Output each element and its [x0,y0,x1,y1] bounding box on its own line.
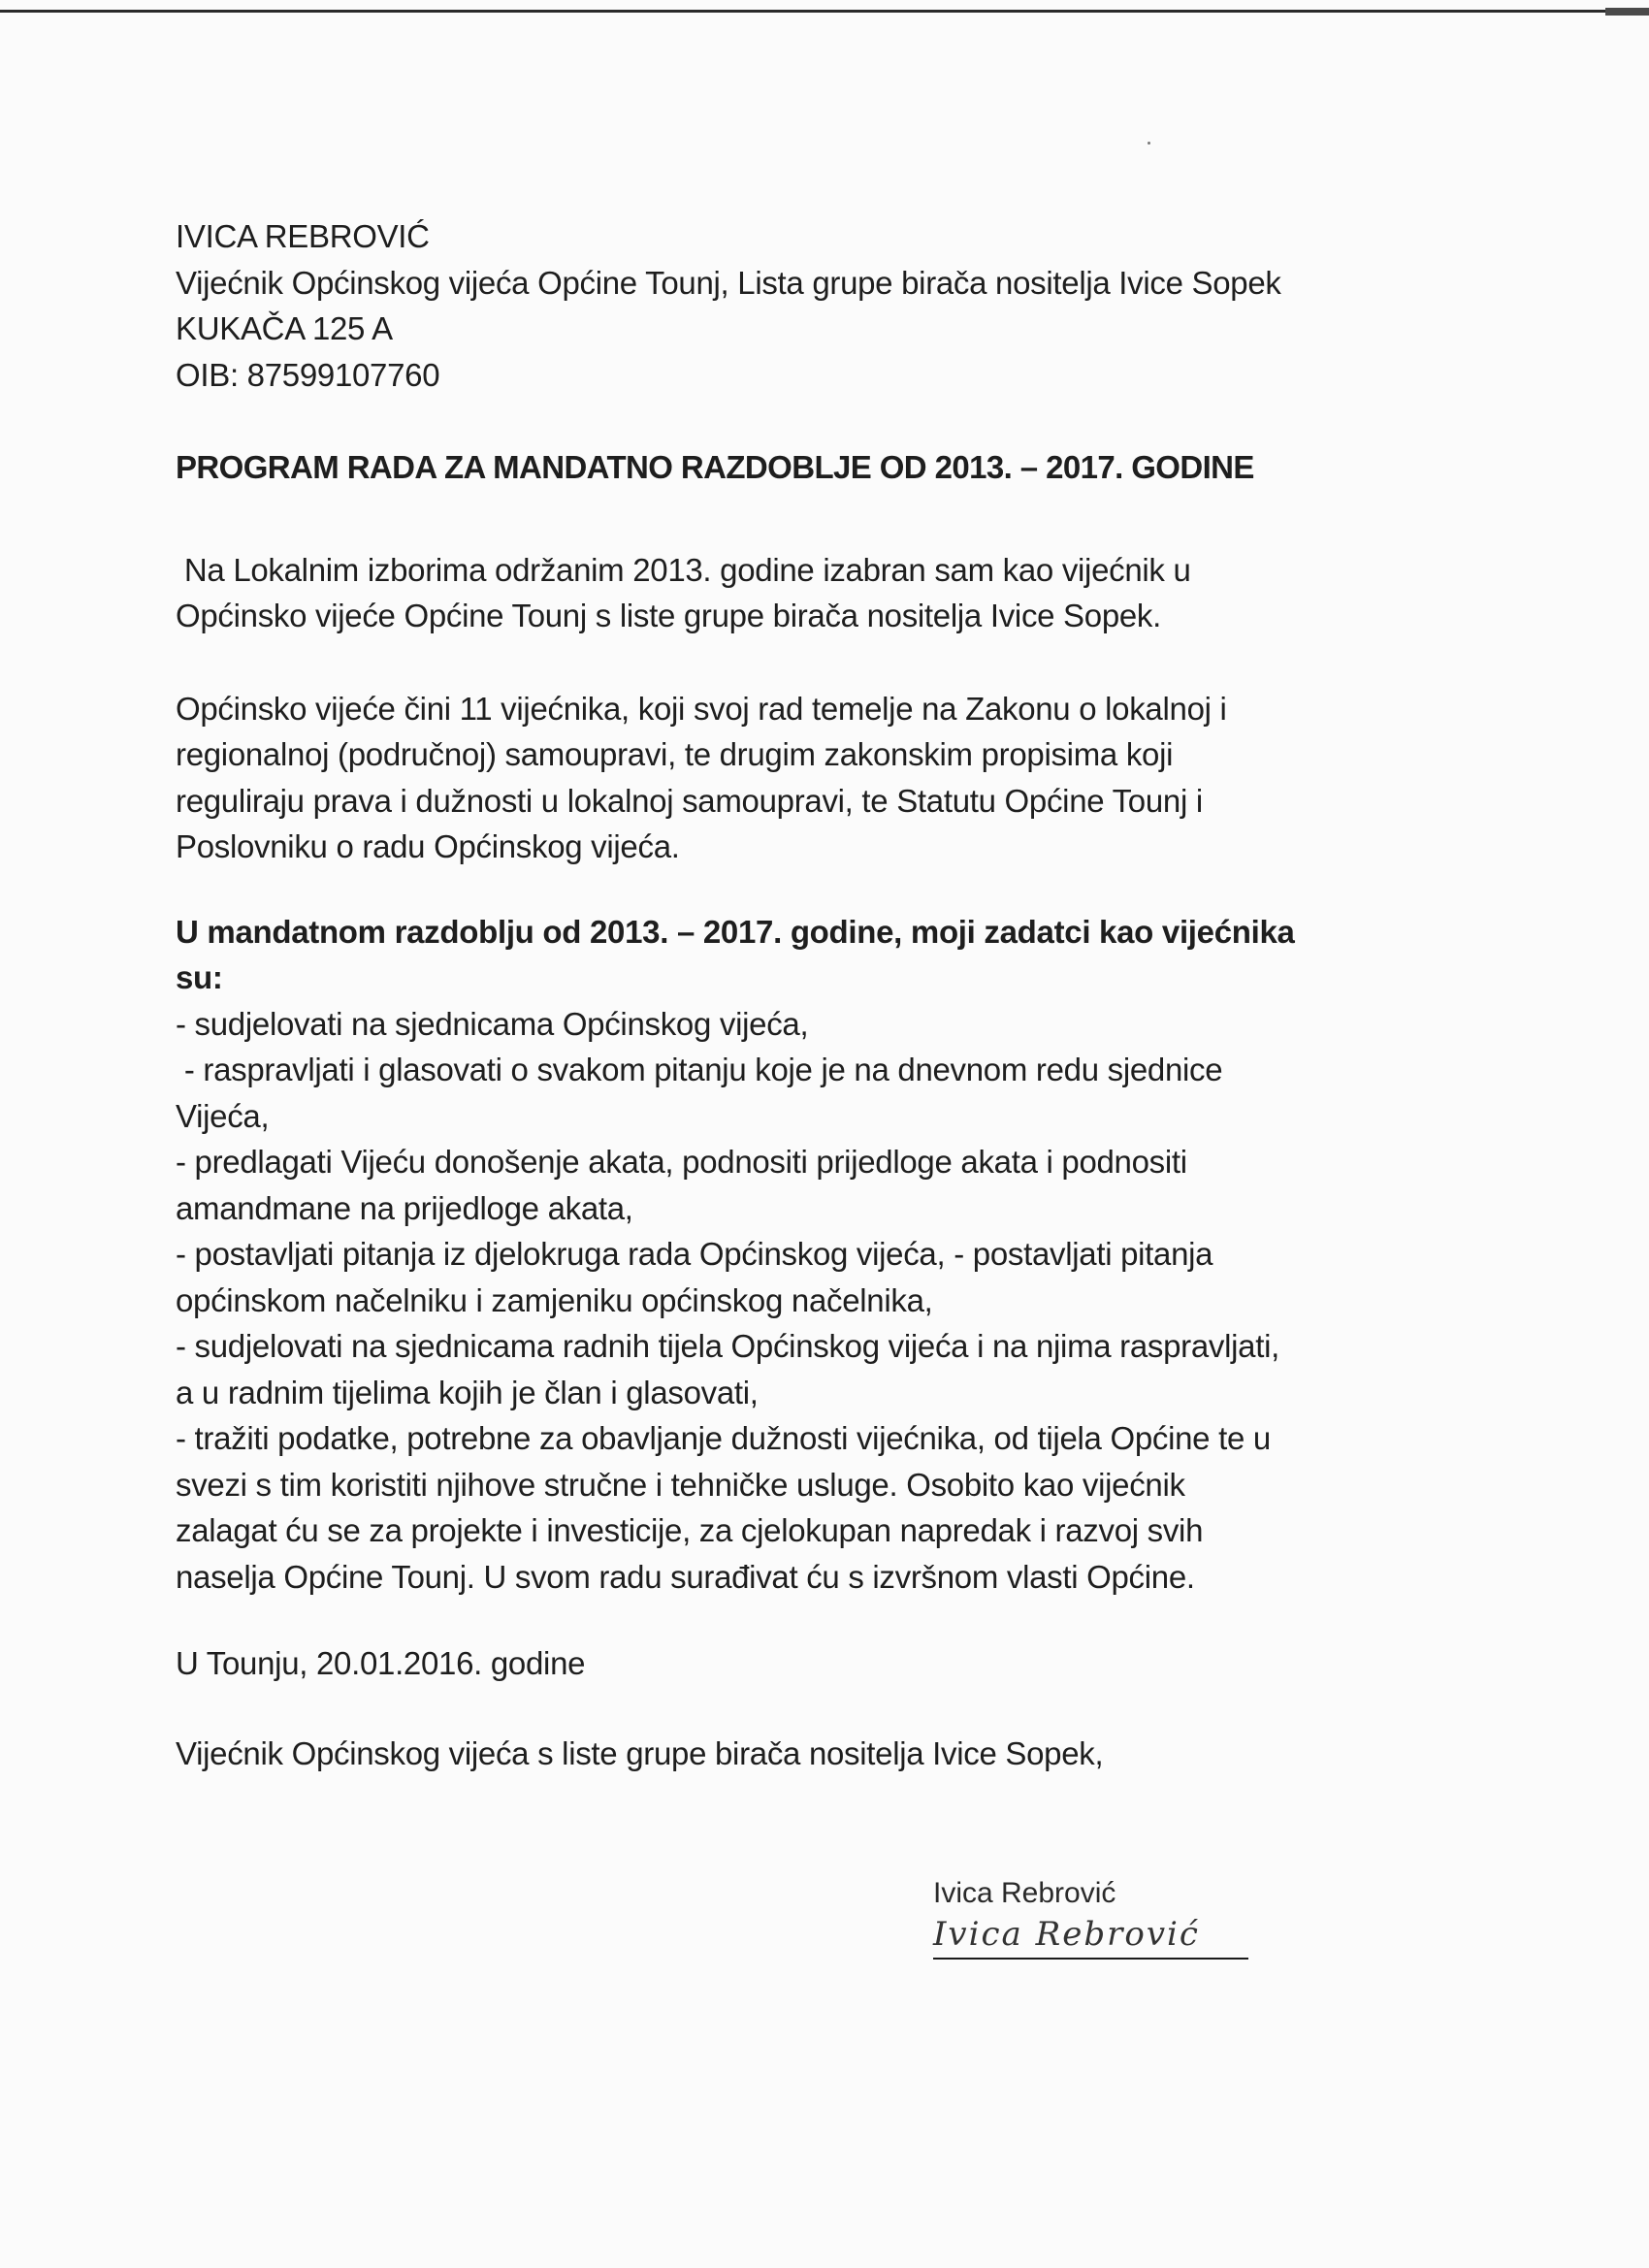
document-title: PROGRAM RADA ZA MANDATNO RAZDOBLJE OD 20… [176,444,1417,491]
task-line: zalagat ću se za projekte i investicije,… [176,1507,1417,1554]
paragraph-line: Općinsko vijeće čini 11 vijećnika, koji … [176,686,1417,732]
document-page: IVICA REBROVIĆ Vijećnik Općinskog vijeća… [176,213,1417,1776]
sender-address: KUKAČA 125 A [176,306,1417,352]
task-line: - tražiti podatke, potrebne za obavljanj… [176,1415,1417,1462]
task-line: a u radnim tijelima kojih je član i glas… [176,1370,1417,1416]
paragraph-election: Na Lokalnim izborima održanim 2013. godi… [176,547,1417,639]
task-line: amandmane na prijedloge akata, [176,1185,1417,1232]
paragraph-council: Općinsko vijeće čini 11 vijećnika, koji … [176,686,1417,870]
paragraph-line: Poslovniku o radu Općinskog vijeća. [176,824,1417,870]
signature-block: Ivica Rebrović Ivica Rebrović [933,1874,1248,1960]
paragraph-line: Na Lokalnim izborima održanim 2013. godi… [176,547,1417,594]
task-line: - raspravljati i glasovati o svakom pita… [176,1047,1417,1093]
sender-name: IVICA REBROVIĆ [176,213,1417,260]
task-line: - sudjelovati na sjednicama Općinskog vi… [176,1001,1417,1048]
paragraph-line: reguliraju prava i dužnosti u lokalnoj s… [176,778,1417,825]
task-line: Vijeća, [176,1093,1417,1140]
signature-underline [933,1958,1248,1960]
signature-printed-name: Ivica Rebrović [933,1874,1248,1913]
date-line: U Tounju, 20.01.2016. godine [176,1640,1417,1687]
tasks-section: U mandatnom razdoblju od 2013. – 2017. g… [176,909,1417,1601]
signatory-line: Vijećnik Općinskog vijeća s liste grupe … [176,1731,1417,1777]
task-line: naselja Općine Tounj. U svom radu surađi… [176,1554,1417,1601]
task-line: - postavljati pitanja iz djelokruga rada… [176,1231,1417,1278]
sender-oib: OIB: 87599107760 [176,352,1417,399]
sender-role: Vijećnik Općinskog vijeća Općine Tounj, … [176,260,1417,307]
sender-block: IVICA REBROVIĆ Vijećnik Općinskog vijeća… [176,213,1417,398]
handwritten-signature: Ivica Rebrović [933,1913,1248,1956]
scan-speck [1148,142,1150,145]
task-line: svezi s tim koristiti njihove stručne i … [176,1462,1417,1508]
task-line: općinskom načelniku i zamjeniku općinsko… [176,1278,1417,1324]
tasks-heading: U mandatnom razdoblju od 2013. – 2017. g… [176,909,1417,956]
task-line: - predlagati Vijeću donošenje akata, pod… [176,1139,1417,1185]
scan-top-edge [0,10,1610,13]
paragraph-line: regionalnoj (područnoj) samoupravi, te d… [176,731,1417,778]
tasks-heading: su: [176,955,1417,1001]
task-line: - sudjelovati na sjednicama radnih tijel… [176,1323,1417,1370]
scan-corner-mark [1605,8,1649,16]
tasks-list: - sudjelovati na sjednicama Općinskog vi… [176,1001,1417,1601]
paragraph-line: Općinsko vijeće Općine Tounj s liste gru… [176,593,1417,639]
